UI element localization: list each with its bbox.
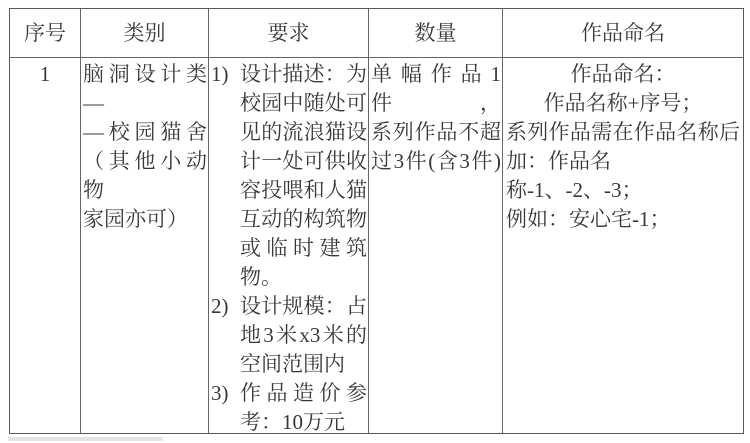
document-page: 序号 类别 要求 数量 作品命名 1 脑洞设计类— —校园猫舍 （其他小动物 家…: [0, 0, 750, 443]
requirement-text: 作品造价参 考：10万元: [240, 379, 367, 433]
naming-line: 作品名称+序号；: [506, 89, 740, 118]
requirement-item-3: 3) 作品造价参 考：10万元: [211, 379, 367, 433]
bottom-edge-artifact: [8, 437, 163, 441]
rules-table: 序号 类别 要求 数量 作品命名 1 脑洞设计类— —校园猫舍 （其他小动物 家…: [9, 8, 744, 434]
header-label-index: 序号: [24, 19, 66, 48]
category-line: 家园亦可）: [83, 205, 207, 234]
naming-cell: 作品命名： 作品名称+序号； 系列作品需在作品名称后 加：作品名称-1、-2、-…: [503, 58, 743, 433]
requirement-line: 见的流浪猫设: [240, 118, 367, 147]
requirement-number: 1): [211, 60, 240, 292]
requirement-line: 互动的构筑物: [240, 205, 367, 234]
requirements-cell: 1) 设计描述：为 校园中随处可 见的流浪猫设 计一处可供收 容投喂和人猫 互动…: [209, 58, 369, 433]
category-line: （其他小动物: [83, 147, 207, 205]
requirement-line: 校园中随处可: [240, 89, 367, 118]
header-label-category: 类别: [124, 19, 166, 48]
requirement-line: 考：10万元: [240, 408, 367, 433]
requirement-line: 设计描述：为: [240, 60, 367, 89]
requirement-line: 容投喂和人猫: [240, 176, 367, 205]
header-cell-quantity: 数量: [369, 9, 503, 58]
header-label-requirements: 要求: [268, 19, 310, 48]
requirement-item-2: 2) 设计规模：占 地3米x3米的 空间范围内: [211, 292, 367, 379]
requirement-text: 设计规模：占 地3米x3米的 空间范围内: [240, 292, 367, 379]
category-line: —校园猫舍: [83, 118, 207, 147]
requirement-line: 空间范围内: [240, 350, 367, 379]
naming-line: 作品命名：: [506, 60, 740, 89]
naming-line: 加：作品名称-1、-2、-3；: [506, 147, 740, 205]
requirement-text: 设计描述：为 校园中随处可 见的流浪猫设 计一处可供收 容投喂和人猫 互动的构筑…: [240, 60, 367, 292]
quantity-line: 过3件(含3件): [371, 147, 501, 176]
requirement-line: 设计规模：占: [240, 292, 367, 321]
header-cell-category: 类别: [81, 9, 209, 58]
requirement-line: 计一处可供收: [240, 147, 367, 176]
requirement-line: 或临时建筑: [240, 234, 367, 263]
quantity-line: 系列作品不超: [371, 118, 501, 147]
requirement-number: 3): [211, 379, 240, 433]
requirement-line: 地3米x3米的: [240, 321, 367, 350]
header-cell-naming: 作品命名: [503, 9, 743, 58]
header-label-naming: 作品命名: [581, 19, 665, 48]
row-index-cell: 1: [10, 58, 81, 433]
requirement-line: 作品造价参: [240, 379, 367, 408]
header-cell-index: 序号: [10, 9, 81, 58]
row-index: 1: [40, 62, 51, 86]
naming-line: 例如：安心宅-1；: [506, 205, 740, 234]
requirement-number: 2): [211, 292, 240, 379]
header-cell-requirements: 要求: [209, 9, 369, 58]
requirement-line: 物。: [240, 263, 367, 292]
header-label-quantity: 数量: [415, 19, 457, 48]
quantity-cell: 单幅作品1件， 系列作品不超 过3件(含3件): [369, 58, 503, 433]
naming-line: 系列作品需在作品名称后: [506, 118, 740, 147]
quantity-line: 单幅作品1件，: [371, 60, 501, 118]
category-line: 脑洞设计类—: [83, 60, 207, 118]
requirement-item-1: 1) 设计描述：为 校园中随处可 见的流浪猫设 计一处可供收 容投喂和人猫 互动…: [211, 60, 367, 292]
category-cell: 脑洞设计类— —校园猫舍 （其他小动物 家园亦可）: [81, 58, 209, 433]
